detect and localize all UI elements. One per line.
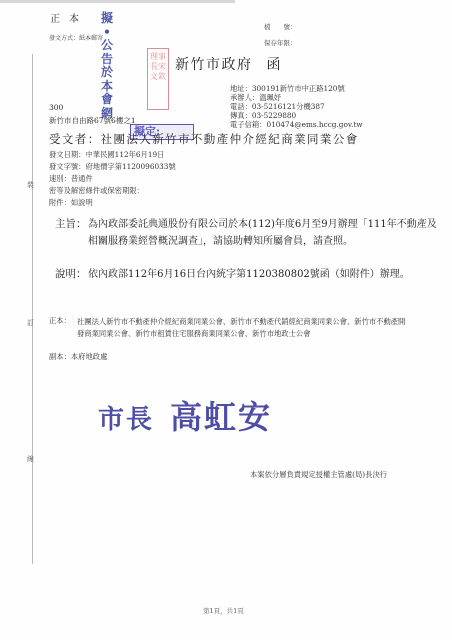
original-recipients: 社團法人新竹市不動產仲介經紀商業同業公會、新竹市不動產代銷經紀商業同業公會、新竹…	[77, 316, 407, 340]
classification: 密等及解密條件或保密期限：	[49, 186, 144, 196]
contact-email: 電子信箱：010474@ems.hccg.gov.tw	[230, 120, 363, 129]
document-page: 裝 訂 線 正本 發文方式：紙本郵寄 擬•公告於本會網 理事長宋文欽 檔 號： …	[0, 0, 452, 640]
recipient-zip: 300	[49, 103, 63, 112]
binding-line	[32, 54, 33, 564]
recipient-address: 新竹市自由路67號6樓之1	[49, 115, 136, 126]
send-method: 發文方式：紙本郵寄	[49, 33, 103, 42]
contact-address: 地址：300191新竹市中正路120號	[230, 84, 363, 93]
signature-title: 市長	[98, 405, 154, 435]
recipient: 受文者：社團法人新竹市不動產仲介經紀商業同業公會	[49, 131, 359, 147]
explanation-label: 說明：	[55, 266, 87, 281]
doc-number: 發文字號：府地價字第1120096033號	[49, 162, 176, 172]
delegation-note: 本案依分層負責規定授權主管處(局)長決行	[250, 470, 387, 480]
vertical-annotation-stamp: 擬•公告於本會網	[100, 12, 114, 120]
retention-period-label: 保存年限：	[264, 38, 297, 47]
binding-mark-xian: 線	[27, 454, 34, 464]
file-number-label: 檔 號：	[264, 22, 297, 31]
contact-block: 地址：300191新竹市中正路120號 承辦人：溫珮妤 電話：03-521612…	[230, 84, 363, 129]
contact-phone: 電話：03-5216121分機387	[230, 102, 363, 111]
scan-edge-shadow	[0, 0, 235, 3]
issue-date: 發文日期：中華民國112年6月19日	[49, 150, 164, 160]
contact-handler: 承辦人：溫珮妤	[230, 93, 363, 102]
binding-mark-ding: 訂	[27, 318, 34, 328]
signature-name: 高虹安	[170, 398, 272, 436]
copy-recipients: 副本：本府地政處	[49, 352, 107, 362]
doc-type: 函	[267, 57, 283, 73]
subject-text: 為內政部委託典通股份有限公司於本(112)年度6月至9月辦理「111年不動產及相…	[88, 216, 440, 250]
org-name: 新竹市政府	[175, 57, 253, 73]
copy-type-label: 正本	[50, 10, 88, 25]
chairman-seal-stamp: 理事長宋文欽	[147, 48, 169, 110]
page-number: 第1頁，共1頁	[203, 606, 244, 615]
attachment: 附件：如說明	[49, 198, 93, 208]
document-title: 新竹市政府函	[175, 54, 282, 74]
contact-fax: 傳真：03-5229880	[230, 111, 363, 120]
binding-mark-zhuang: 裝	[27, 180, 34, 190]
mayor-signature: 市長高虹安	[98, 392, 272, 438]
subject-label: 主旨：	[55, 216, 87, 231]
delivery-speed: 速別：普通件	[49, 174, 93, 184]
explanation-text: 依內政部112年6月16日台內統字第1120380802號函（如附件）辦理。	[88, 266, 440, 284]
original-recipients-label: 正本：	[49, 316, 71, 326]
